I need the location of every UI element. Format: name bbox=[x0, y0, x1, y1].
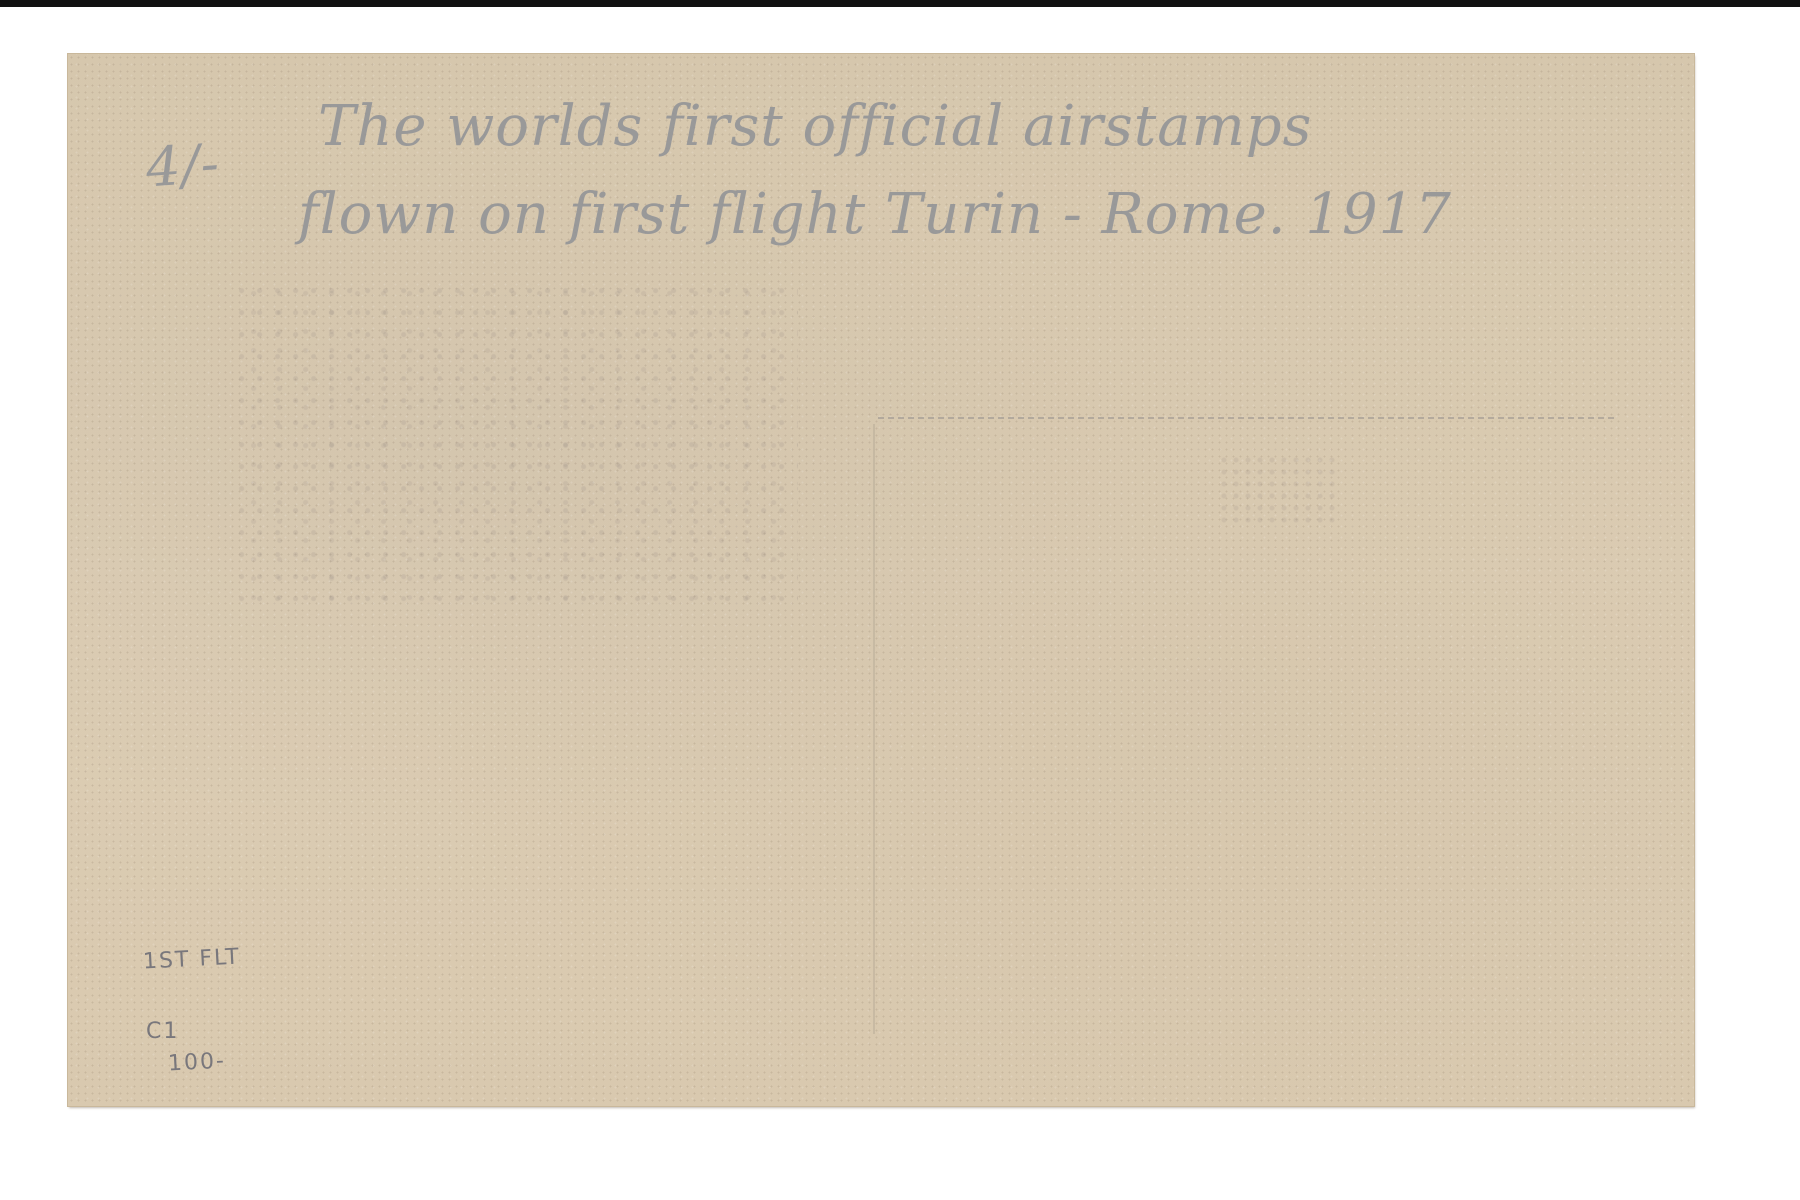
catalog-annotation: C1 bbox=[146, 1019, 179, 1044]
postmark-bleedthrough bbox=[238, 284, 798, 604]
scanner-top-edge bbox=[0, 0, 1800, 7]
card-divider-line bbox=[873, 424, 875, 1034]
address-line bbox=[878, 417, 1618, 419]
postcard-back: 4/- The worlds first official airstamps … bbox=[68, 54, 1694, 1106]
price-annotation: 4/- bbox=[144, 132, 222, 200]
handwritten-note-line-2: flown on first flight Turin - Rome. 1917 bbox=[298, 182, 1452, 247]
handwritten-note-line-1: The worlds first official airstamps bbox=[318, 94, 1312, 159]
postmark-bleedthrough-right bbox=[1218, 454, 1338, 524]
flight-annotation: 1ST FLT bbox=[142, 944, 241, 974]
value-annotation: 100- bbox=[167, 1049, 226, 1077]
